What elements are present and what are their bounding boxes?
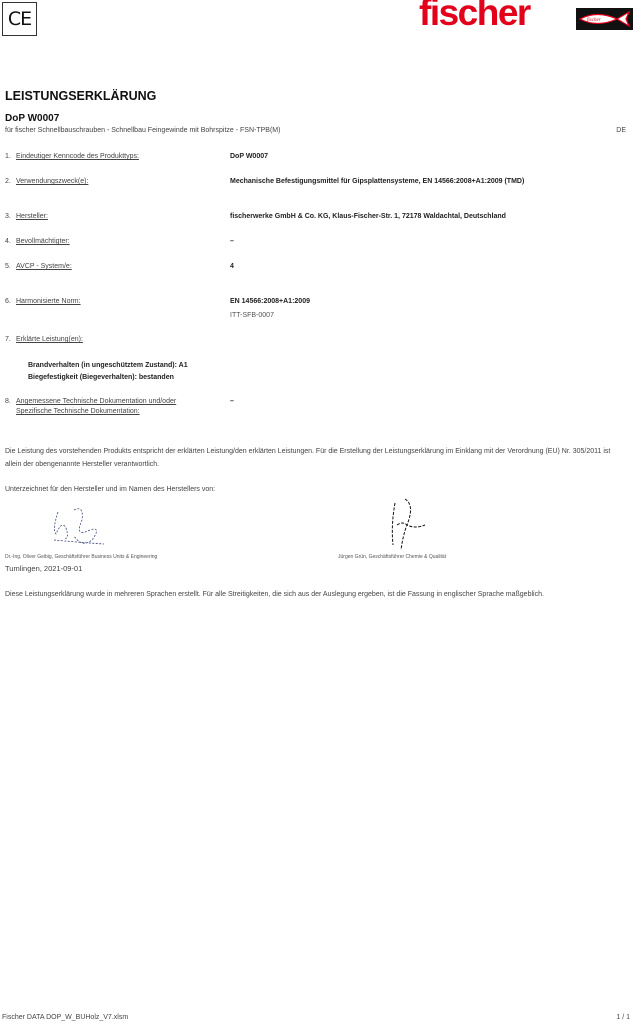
- item-7-label: Erklärte Leistung(en):: [16, 336, 83, 343]
- item-2-label: Verwendungszweck(e):: [16, 178, 88, 185]
- item-6-value-secondary: ITT-SFB-0007: [230, 312, 274, 319]
- place-date: Tumlingen, 2021-09-01: [5, 564, 82, 573]
- item-3-number: 3.: [5, 213, 11, 220]
- item-4-label: Bevollmächtigter:: [16, 238, 70, 245]
- ce-mark: CE: [2, 2, 37, 36]
- signatory-1: Dr.-Ing. Oliver Geibig, Geschäftsführer …: [5, 554, 157, 560]
- item-6-value: EN 14566:2008+A1:2009: [230, 298, 310, 305]
- svg-text:fischer: fischer: [587, 18, 601, 23]
- item-1-value: DoP W0007: [230, 153, 268, 160]
- item-5-value: 4: [230, 263, 234, 270]
- item-1-label: Eindeutiger Kenncode des Produkttyps:: [16, 153, 139, 160]
- item-4-value: –: [230, 238, 234, 245]
- item-2-value: Mechanische Befestigungsmittel für Gipsp…: [230, 178, 524, 185]
- performance-bending: Biegefestigkeit (Biegeverhalten): bestan…: [28, 374, 174, 381]
- responsibility-statement: Die Leistung des vorstehenden Produkts e…: [5, 445, 625, 471]
- document-title: LEISTUNGSERKLÄRUNG: [5, 89, 156, 103]
- item-8-label-line2: Spezifische Technische Dokumentation:: [16, 408, 140, 415]
- item-8-label: Angemessene Technische Dokumentation und…: [16, 398, 176, 405]
- performance-fire: Brandverhalten (in ungeschütztem Zustand…: [28, 362, 188, 369]
- ce-mark-text: CE: [8, 8, 31, 30]
- item-6-number: 6.: [5, 298, 11, 305]
- language-code: DE: [616, 127, 626, 134]
- signature-1-icon: [44, 500, 114, 560]
- item-8-number: 8.: [5, 398, 11, 405]
- page-number: 1 / 1: [616, 1014, 630, 1021]
- signed-for-line: Unterzeichnet für den Hersteller und im …: [5, 483, 625, 496]
- fischer-logo: fischer: [419, 0, 530, 34]
- item-5-label: AVCP - System/e:: [16, 263, 72, 270]
- item-3-value: fischerwerke GmbH & Co. KG, Klaus-Fische…: [230, 213, 506, 220]
- item-1-number: 1.: [5, 153, 11, 160]
- item-5-number: 5.: [5, 263, 11, 270]
- signature-2-icon: [385, 495, 435, 560]
- item-7-number: 7.: [5, 336, 11, 343]
- item-4-number: 4.: [5, 238, 11, 245]
- item-2-number: 2.: [5, 178, 11, 185]
- item-3-label: Hersteller:: [16, 213, 48, 220]
- footer-filename: Fischer DATA DOP_W_BUHolz_V7.xlsm: [2, 1014, 128, 1021]
- fish-logo-icon: fischer: [576, 8, 633, 30]
- item-6-label: Harmonisierte Norm:: [16, 298, 81, 305]
- signatory-2: Jürgen Grün, Geschäftsführer Chemie & Qu…: [338, 554, 446, 560]
- dop-number: DoP W0007: [5, 113, 59, 124]
- language-note: Diese Leistungserklärung wurde in mehrer…: [5, 588, 625, 601]
- item-8-value: –: [230, 398, 234, 405]
- product-line: für fischer Schnellbauschrauben - Schnel…: [5, 127, 280, 134]
